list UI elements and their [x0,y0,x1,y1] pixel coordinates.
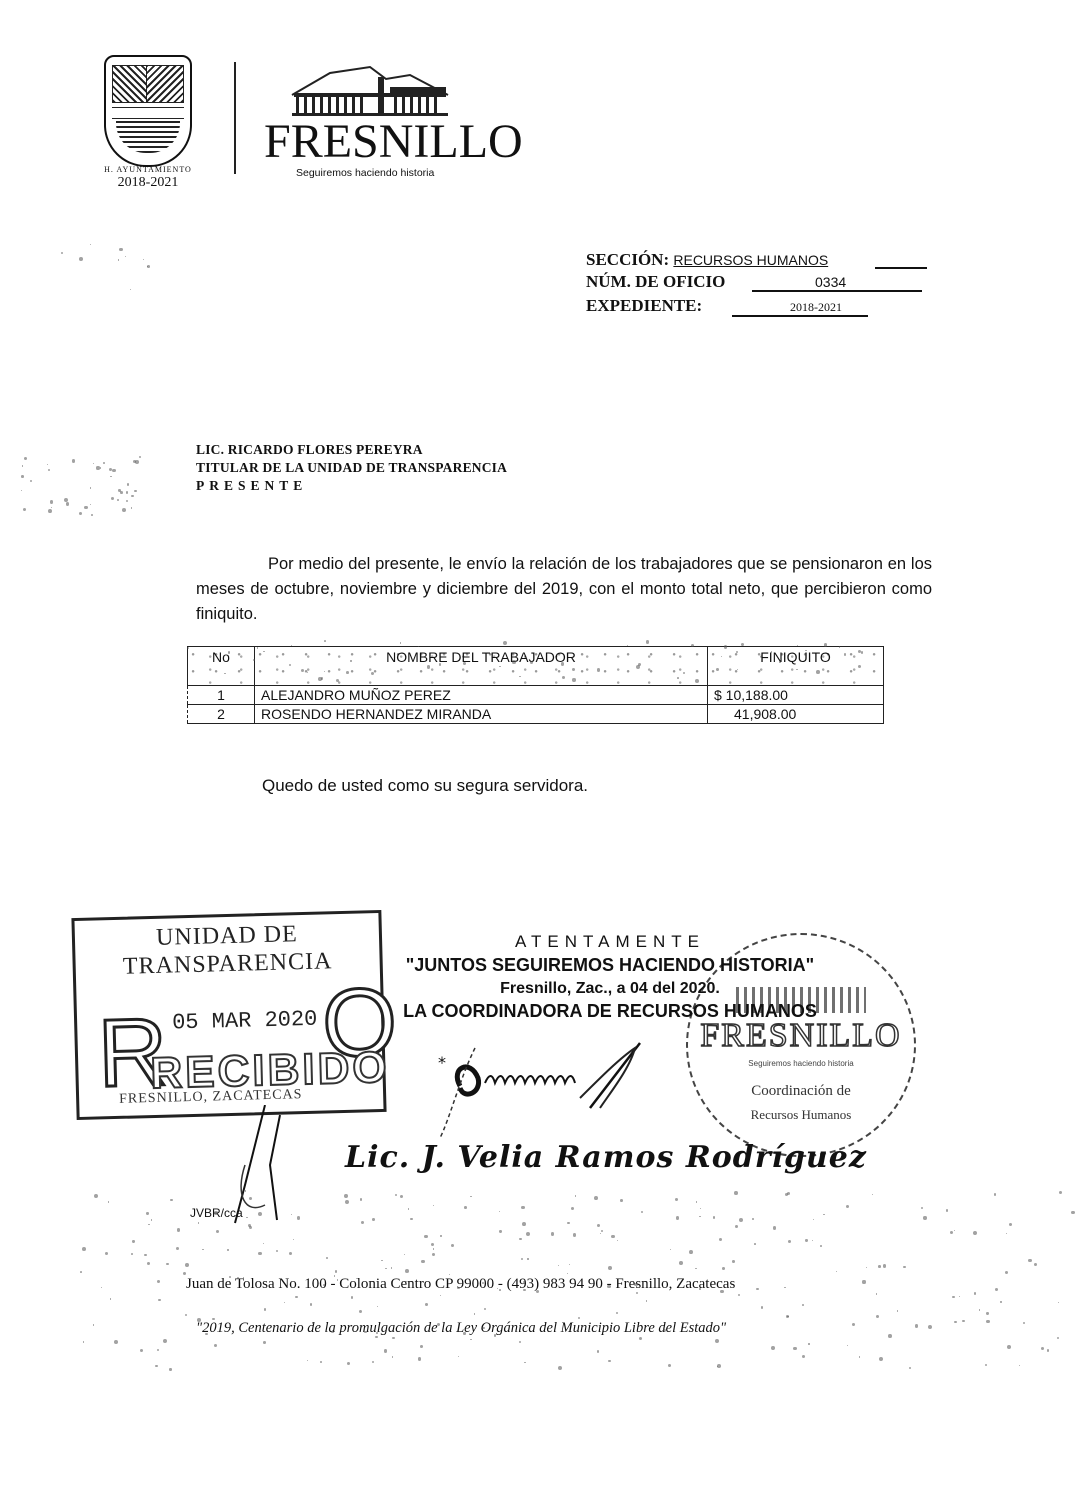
cell-name: ROSENDO HERNANDEZ MIRANDA [255,705,708,724]
expediente-value: 2018-2021 [790,300,842,315]
signer-name: Lic. J. Velia Ramos Rodríguez [345,1140,867,1175]
ayuntamiento-label: H. AYUNTAMIENTO [98,165,198,174]
fresnillo-skyline-logo [290,65,450,117]
signer-position: LA COORDINADORA DE RECURSOS HUMANOS [340,1001,880,1022]
brand-tagline: Seguiremos haciendo historia [296,167,434,179]
addressee-name: LIC. RICARDO FLORES PEREYRA [196,442,423,458]
cell-no: 2 [188,705,255,724]
oficio-label: NÚM. DE OFICIO [586,272,725,291]
motto: "JUNTOS SEGUIREMOS HACIENDO HISTORIA" [340,955,880,976]
coat-band [112,107,184,119]
brand-name: FRESNILLO [264,118,523,166]
footer-motto: "2019, Centenario de la promulgación de … [196,1320,726,1337]
seal-brand: FRESNILLO [688,1017,914,1055]
cell-finiquito: $ 10,188.00 [708,686,884,705]
body-paragraph: Por medio del presente, le envío la rela… [196,552,932,627]
table-row: 2 ROSENDO HERNANDEZ MIRANDA 41,908.00 [188,705,884,724]
cell-name: ALEJANDRO MUÑOZ PEREZ [255,686,708,705]
footer-address: Juan de Tolosa No. 100 - Colonia Centro … [186,1276,735,1293]
seccion-label: SECCIÓN: [586,250,669,269]
coat-lower-field [116,121,180,153]
seal-line2: Recursos Humanos [688,1107,914,1123]
header-divider [234,62,236,174]
cell-finiquito: 41,908.00 [708,705,884,724]
expediente-row: EXPEDIENTE: [586,296,702,316]
table-header-row: No NOMBRE DEL TRABAJADOR FINIQUITO [188,647,884,686]
table-row: 1 ALEJANDRO MUÑOZ PEREZ $ 10,188.00 [188,686,884,705]
oficio-row: NÚM. DE OFICIO [586,272,725,292]
oficio-underline [752,290,922,292]
coat-quarter [112,65,150,103]
ayuntamiento-period: 2018-2021 [98,175,198,191]
seccion-value: RECURSOS HUMANOS [673,252,828,268]
oficio-value: 0334 [815,274,846,290]
closing-line: Quedo de usted como su segura servidora. [262,776,588,796]
municipal-coat-of-arms [104,55,192,167]
stamp-date: 05 MAR 2020 [172,1007,318,1036]
settlement-table: No NOMBRE DEL TRABAJADOR FINIQUITO 1 ALE… [187,646,884,724]
seal-line1: Coordinación de [688,1083,914,1100]
cell-no: 1 [188,686,255,705]
col-header-no: No [188,647,255,686]
expediente-underline [732,315,868,317]
seal-tagline: Seguiremos haciendo historia [688,1059,914,1068]
seccion-row: SECCIÓN: RECURSOS HUMANOS [586,250,828,270]
place-date: Fresnillo, Zac., a 04 del 2020. [340,980,880,998]
seccion-underline [875,267,927,269]
atentamente: ATENTAMENTE [340,932,880,952]
coat-quarter [146,65,184,103]
handwritten-signature: * [430,1038,660,1148]
svg-text:*: * [438,1053,446,1072]
addressee-greeting: PRESENTE [196,478,307,494]
addressee-title: TITULAR DE LA UNIDAD DE TRANSPARENCIA [196,460,507,476]
expediente-label: EXPEDIENTE: [586,296,702,315]
